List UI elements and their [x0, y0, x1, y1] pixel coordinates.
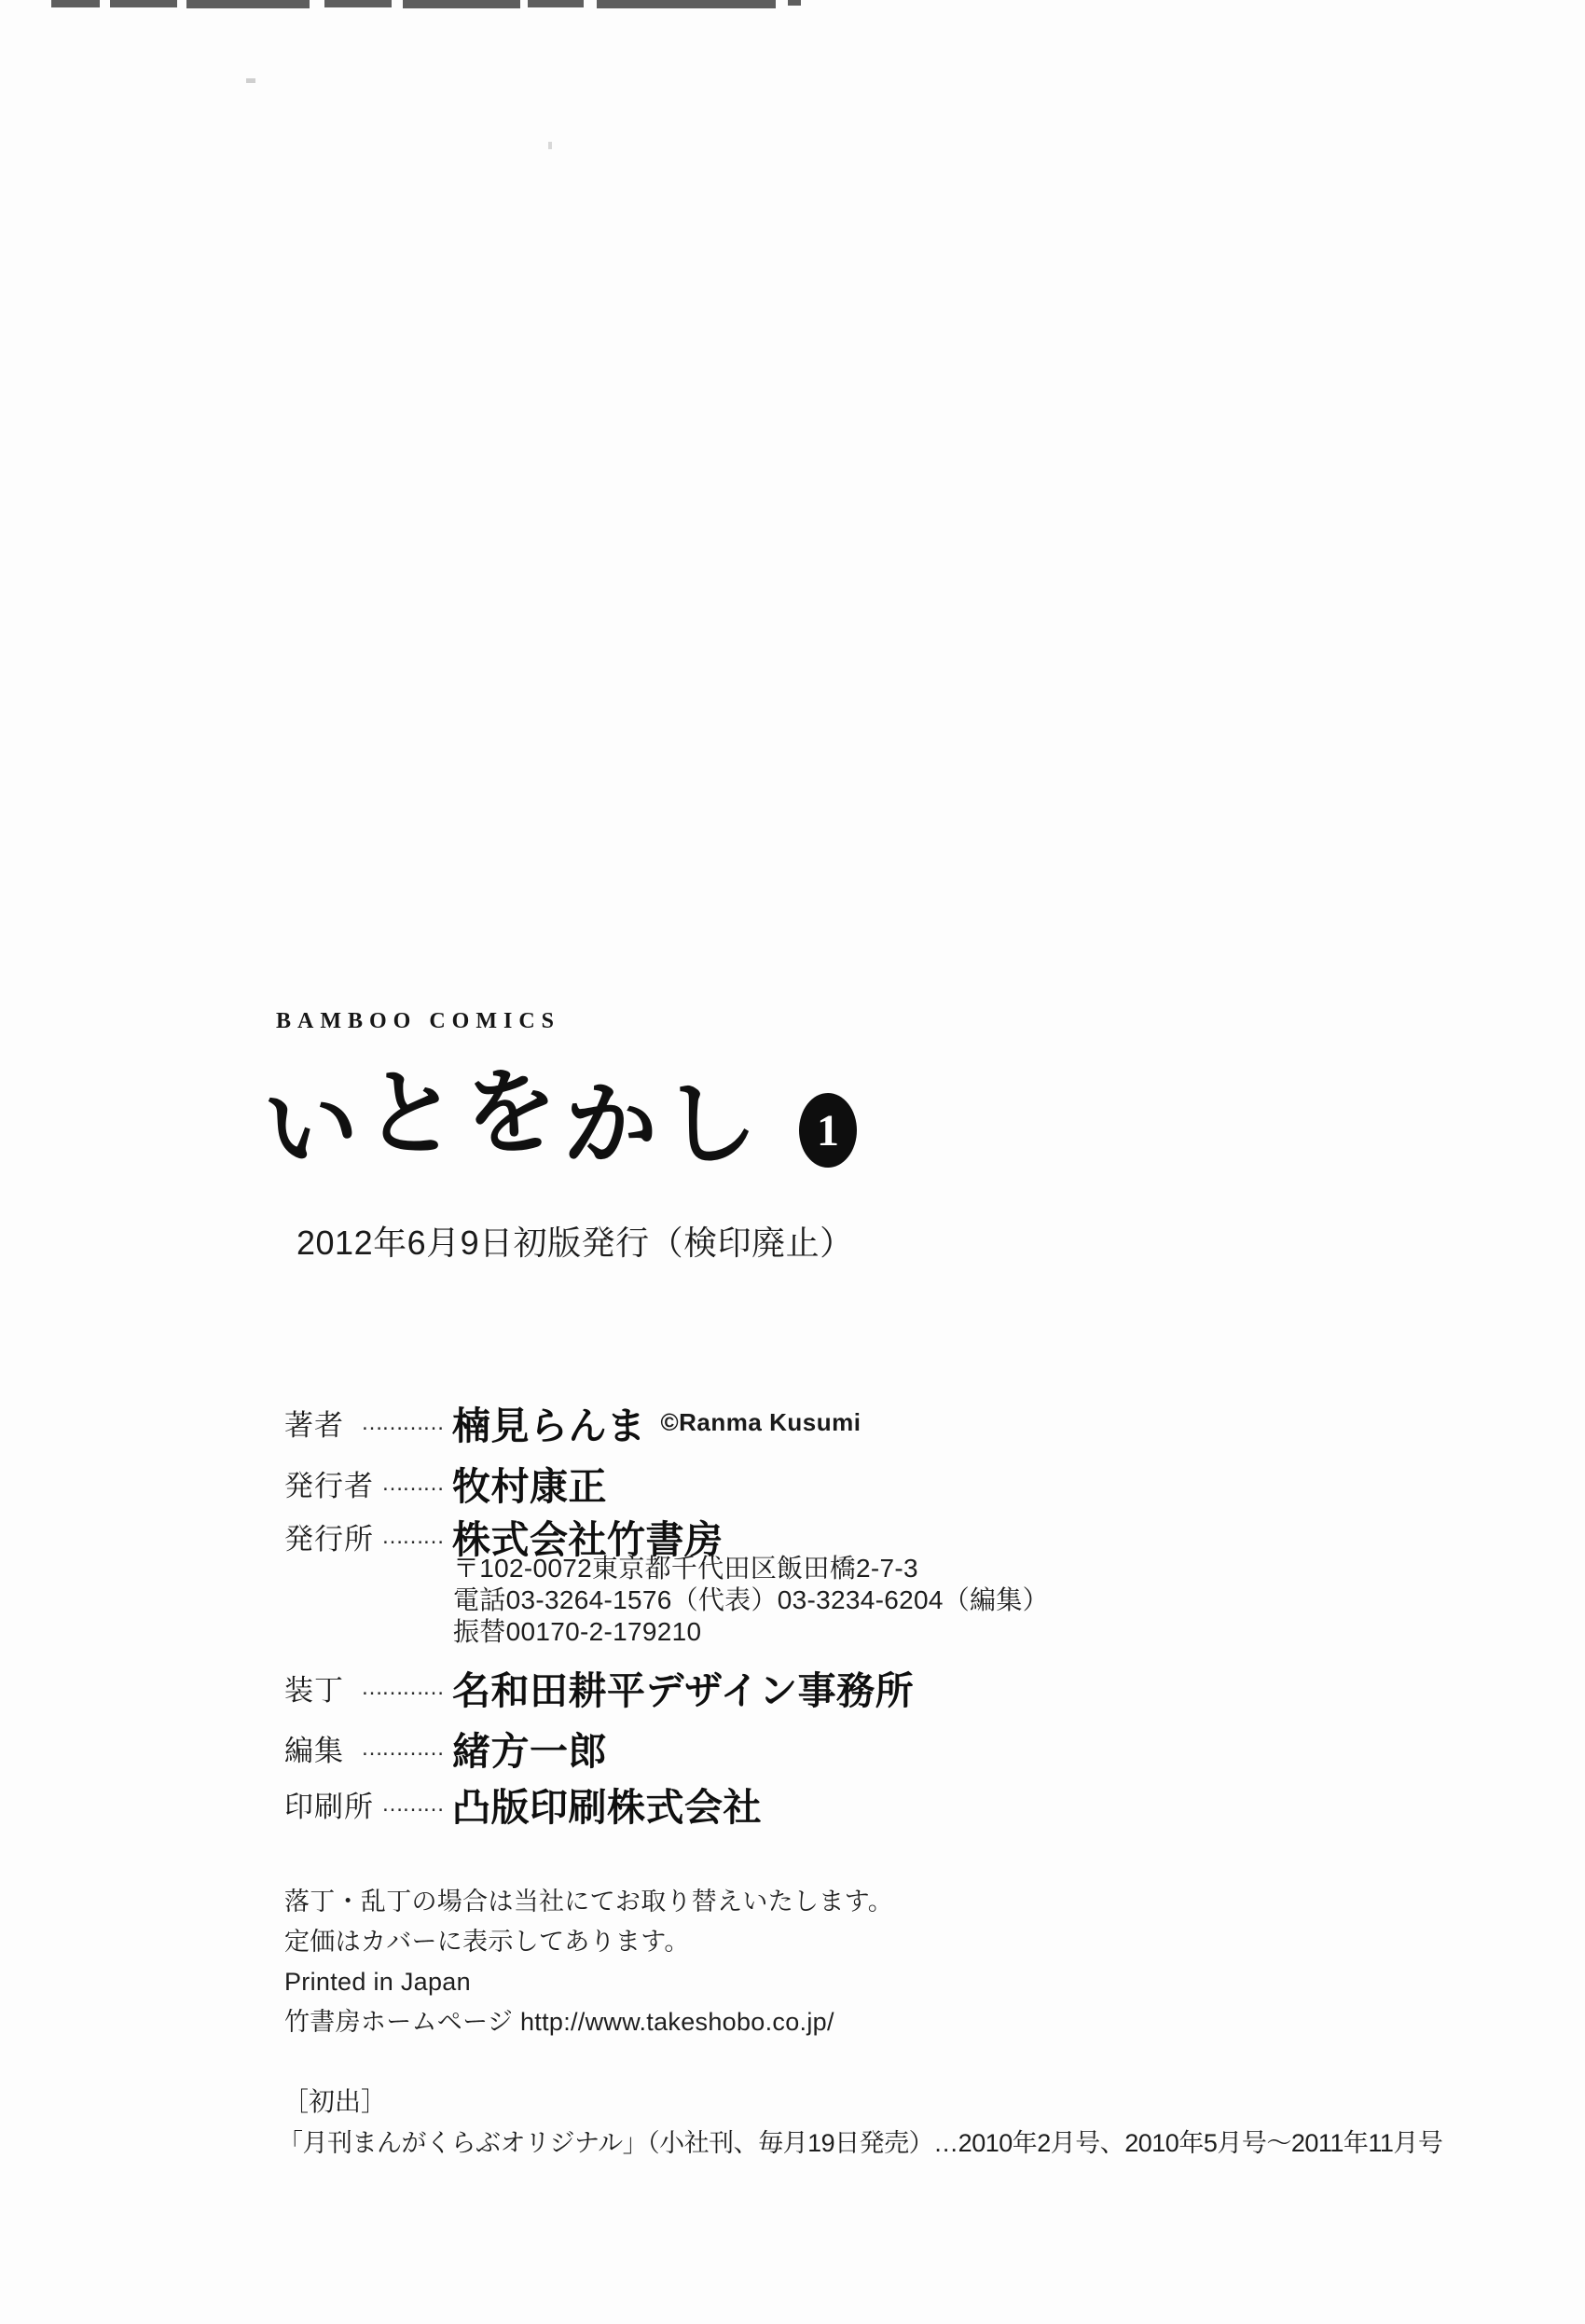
credit-label: 発行者 — [284, 1462, 374, 1504]
dotted-leader: ………… — [361, 1675, 452, 1701]
credit-label: 印刷所 — [284, 1783, 374, 1825]
credit-row-design: 装丁 ………… 名和田耕平デザイン事務所 — [284, 1660, 914, 1715]
author-name: 楠見らんま — [452, 1395, 646, 1450]
printer-company-name: 凸版印刷株式会社 — [452, 1777, 762, 1832]
editor-name: 緒方一郎 — [452, 1721, 607, 1776]
dotted-leader: ……… — [381, 1471, 452, 1497]
credit-label: 発行所 — [284, 1515, 374, 1557]
credit-label-wrap: 著者 ………… — [284, 1402, 452, 1444]
credit-label-wrap: 発行者 ……… — [284, 1462, 452, 1504]
publisher-person-name: 牧村康正 — [452, 1456, 607, 1511]
address-phone-line: 電話03-3264-1576（代表）03-3234-6204（編集） — [453, 1584, 1049, 1616]
notices-block: 落丁・乱丁の場合は当社にてお取り替えいたします。 定価はカバーに表示してあります… — [284, 1882, 893, 2042]
credit-row-editor: 編集 ………… 緒方一郎 — [284, 1721, 607, 1776]
credit-label-wrap: 印刷所 ……… — [284, 1783, 452, 1825]
scan-artifact — [51, 0, 100, 7]
dotted-leader: ……… — [381, 1791, 452, 1818]
scan-artifact — [597, 0, 776, 8]
logo-char: と — [361, 1058, 462, 1172]
notice-printed-in-japan: Printed in Japan — [284, 1962, 893, 2002]
first-publication-line: 「月刊まんがくらぶオリジナル」（小社刊、毎月19日発売）…2010年2月号、20… — [278, 2123, 1442, 2159]
colophon-page: BAMBOO COMICS い と を か し 1 2012年6月9日初版発行（… — [0, 0, 1585, 2324]
scan-artifact — [186, 0, 310, 8]
credit-label-wrap: 発行所 ……… — [284, 1515, 452, 1557]
address-transfer-line: 振替00170-2-179210 — [453, 1616, 1049, 1648]
scan-artifact — [324, 0, 392, 7]
scan-speck — [246, 78, 255, 83]
credit-label: 装丁 — [284, 1667, 344, 1708]
logo-char: し — [660, 1068, 761, 1182]
dotted-leader: ………… — [361, 1736, 452, 1762]
author-copyright: ©Ranma Kusumi — [661, 1408, 861, 1437]
credit-row-printer: 印刷所 ……… 凸版印刷株式会社 — [284, 1777, 762, 1832]
logo-char: か — [561, 1070, 660, 1182]
credit-row-author: 著者 ………… 楠見らんま ©Ranma Kusumi — [284, 1395, 861, 1450]
scan-artifact — [528, 0, 584, 7]
notice-replacement: 落丁・乱丁の場合は当社にてお取り替えいたします。 — [284, 1882, 893, 1922]
dotted-leader: ………… — [361, 1410, 452, 1436]
scan-artifact — [110, 0, 177, 7]
scan-artifact — [788, 0, 801, 6]
design-studio-name: 名和田耕平デザイン事務所 — [452, 1660, 914, 1715]
logo-char: を — [462, 1057, 560, 1169]
scan-artifact — [403, 0, 520, 8]
credit-label: 著者 — [284, 1402, 344, 1444]
title-logo: い と を か し 1 — [265, 1065, 857, 1196]
first-publication-heading: ［初出］ — [283, 2082, 387, 2119]
notice-price: 定価はカバーに表示してあります。 — [284, 1922, 893, 1962]
logo-char: い — [260, 1071, 363, 1185]
edition-line: 2012年6月9日初版発行（検印廃止） — [296, 1217, 854, 1265]
notice-homepage-url: 竹書房ホームページ http://www.takeshobo.co.jp/ — [284, 2002, 893, 2042]
credit-label: 編集 — [284, 1727, 344, 1769]
scan-speck — [548, 142, 552, 149]
credit-row-publisher-person: 発行者 ……… 牧村康正 — [284, 1456, 607, 1511]
publisher-address: 〒102-0072東京都千代田区飯田橋2-7-3 電話03-3264-1576（… — [453, 1553, 1049, 1648]
brand-label: BAMBOO COMICS — [276, 1009, 560, 1034]
dotted-leader: ……… — [381, 1524, 452, 1550]
credit-label-wrap: 編集 ………… — [284, 1727, 452, 1769]
address-postal-line: 〒102-0072東京都千代田区飯田橋2-7-3 — [453, 1553, 1049, 1584]
volume-number-badge: 1 — [799, 1093, 857, 1168]
credit-label-wrap: 装丁 ………… — [284, 1667, 452, 1708]
